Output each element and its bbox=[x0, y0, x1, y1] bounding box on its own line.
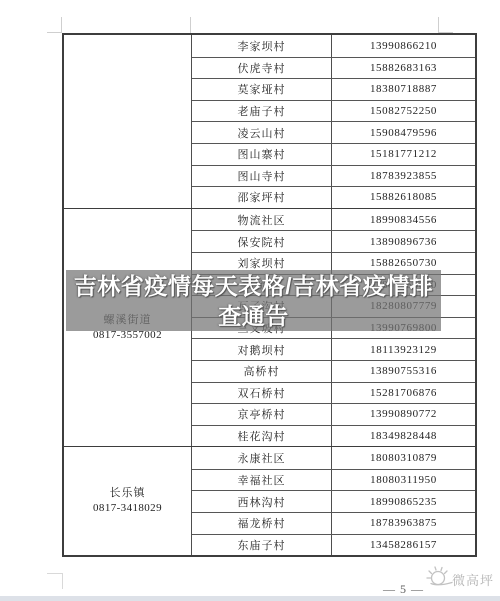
group-name: 长乐镇 bbox=[110, 486, 146, 501]
table-row: 刘家坝村15882650730 bbox=[192, 252, 475, 274]
group-label-cell: 长乐镇0817-3418029 bbox=[64, 447, 192, 555]
phone-cell: 15882618085 bbox=[332, 187, 475, 208]
table-row: 石桥村15881655650 bbox=[192, 274, 475, 296]
unit-cell: 图山寨村 bbox=[192, 144, 332, 165]
phone-cell: 18280807779 bbox=[332, 296, 475, 317]
brand-logo: 微高坪 bbox=[423, 562, 495, 592]
phone-cell: 15881655650 bbox=[332, 275, 475, 296]
unit-cell: 西林沟村 bbox=[192, 491, 332, 512]
unit-cell: 东庙子村 bbox=[192, 535, 332, 556]
table-row: 福龙桥村18783963875 bbox=[192, 512, 475, 534]
table-row: 莫家垭村18380718887 bbox=[192, 78, 475, 100]
group-rows: 李家坝村13990866210伏虎寺村15882683163莫家垭村183807… bbox=[192, 35, 475, 208]
unit-cell: 桂花沟村 bbox=[192, 426, 332, 447]
table-row: 东庙子村13458286157 bbox=[192, 534, 475, 556]
table-row: 京亭桥村13990890772 bbox=[192, 403, 475, 425]
phone-cell: 15082752250 bbox=[332, 101, 475, 122]
unit-cell: 莫家垭村 bbox=[192, 79, 332, 100]
table-row: 凌云山村15908479596 bbox=[192, 121, 475, 143]
table-row: 双石桥村15281706876 bbox=[192, 382, 475, 404]
phone-cell: 13458286157 bbox=[332, 535, 475, 556]
unit-cell: 瓦子沟村 bbox=[192, 296, 332, 317]
table-row: 伏虎寺村15882683163 bbox=[192, 57, 475, 79]
table-group: 螺溪街道0817-3557002物流社区18990834556保安院村13890… bbox=[64, 208, 475, 447]
table-row: 瓦子沟村18280807779 bbox=[192, 295, 475, 317]
phone-cell: 13990890772 bbox=[332, 404, 475, 425]
phone-cell: 15882683163 bbox=[332, 58, 475, 79]
phone-cell: 18349828448 bbox=[332, 426, 475, 447]
group-label-cell: 螺溪街道0817-3557002 bbox=[64, 209, 192, 447]
page-number: — 5 — bbox=[383, 582, 424, 597]
group-rows: 物流社区18990834556保安院村13890896736刘家坝村158826… bbox=[192, 209, 475, 447]
table-group: 长乐镇0817-3418029永康社区18080310879幸福社区180803… bbox=[64, 446, 475, 555]
group-rows: 永康社区18080310879幸福社区18080311950西林沟村189908… bbox=[192, 447, 475, 555]
group-phone: 0817-3557002 bbox=[93, 328, 162, 343]
margin-mark-top-left-vertical bbox=[61, 17, 62, 33]
phone-cell: 18380718887 bbox=[332, 79, 475, 100]
unit-cell: 李家坝村 bbox=[192, 35, 332, 57]
sun-doodle-icon bbox=[423, 562, 453, 592]
unit-cell: 对鹅坝村 bbox=[192, 339, 332, 360]
table-row: 西林沟村18990865235 bbox=[192, 490, 475, 512]
phone-cell: 15908479596 bbox=[332, 122, 475, 143]
margin-mark-column-tick bbox=[190, 17, 191, 33]
unit-cell: 永康社区 bbox=[192, 447, 332, 469]
phone-cell: 13990769800 bbox=[332, 318, 475, 339]
unit-cell: 老庙子村 bbox=[192, 101, 332, 122]
phone-cell: 18080310879 bbox=[332, 447, 475, 469]
unit-cell: 保安院村 bbox=[192, 231, 332, 252]
table-row: 老庙子村15082752250 bbox=[192, 100, 475, 122]
table-row: 邵家坪村15882618085 bbox=[192, 186, 475, 208]
table-row: 物流社区18990834556 bbox=[192, 209, 475, 231]
unit-cell: 京亭桥村 bbox=[192, 404, 332, 425]
phone-cell: 18990834556 bbox=[332, 209, 475, 231]
unit-cell: 物流社区 bbox=[192, 209, 332, 231]
table-row: 李家坝村13990866210 bbox=[192, 35, 475, 57]
contact-table: 李家坝村13990866210伏虎寺村15882683163莫家垭村183807… bbox=[62, 33, 477, 557]
phone-cell: 15281706876 bbox=[332, 383, 475, 404]
table-row: 图山寺村18783923855 bbox=[192, 165, 475, 187]
table-row: 桂花沟村18349828448 bbox=[192, 425, 475, 447]
phone-cell: 15882650730 bbox=[332, 253, 475, 274]
unit-cell: 福龙桥村 bbox=[192, 513, 332, 534]
margin-mark-top-left-horizontal bbox=[47, 32, 62, 33]
margin-mark-bottom-left-vertical bbox=[62, 573, 63, 589]
phone-cell: 18783963875 bbox=[332, 513, 475, 534]
brand-name: 微高坪 bbox=[452, 570, 494, 589]
unit-cell: 图山寺村 bbox=[192, 166, 332, 187]
table-row: 对鹅坝村18113923129 bbox=[192, 338, 475, 360]
table-row: 三叉坡村13990769800 bbox=[192, 317, 475, 339]
unit-cell: 凌云山村 bbox=[192, 122, 332, 143]
table-group: 李家坝村13990866210伏虎寺村15882683163莫家垭村183807… bbox=[64, 35, 475, 208]
table-row: 永康社区18080310879 bbox=[192, 447, 475, 469]
unit-cell: 高桥村 bbox=[192, 361, 332, 382]
group-phone: 0817-3418029 bbox=[93, 501, 162, 516]
viewer-bottom-bar bbox=[0, 596, 500, 601]
table-row: 图山寨村15181771212 bbox=[192, 143, 475, 165]
unit-cell: 石桥村 bbox=[192, 275, 332, 296]
table-row: 幸福社区18080311950 bbox=[192, 469, 475, 491]
margin-mark-top-right-vertical bbox=[438, 17, 439, 33]
table-row: 保安院村13890896736 bbox=[192, 230, 475, 252]
phone-cell: 13890755316 bbox=[332, 361, 475, 382]
unit-cell: 双石桥村 bbox=[192, 383, 332, 404]
table-row: 高桥村13890755316 bbox=[192, 360, 475, 382]
unit-cell: 幸福社区 bbox=[192, 470, 332, 491]
unit-cell: 伏虎寺村 bbox=[192, 58, 332, 79]
group-name: 螺溪街道 bbox=[104, 313, 152, 328]
document-page: 李家坝村13990866210伏虎寺村15882683163莫家垭村183807… bbox=[0, 0, 500, 601]
group-label-cell bbox=[64, 35, 192, 208]
phone-cell: 13990866210 bbox=[332, 35, 475, 57]
phone-cell: 18783923855 bbox=[332, 166, 475, 187]
unit-cell: 三叉坡村 bbox=[192, 318, 332, 339]
phone-cell: 13890896736 bbox=[332, 231, 475, 252]
unit-cell: 邵家坪村 bbox=[192, 187, 332, 208]
phone-cell: 18990865235 bbox=[332, 491, 475, 512]
phone-cell: 18080311950 bbox=[332, 470, 475, 491]
unit-cell: 刘家坝村 bbox=[192, 253, 332, 274]
phone-cell: 18113923129 bbox=[332, 339, 475, 360]
phone-cell: 15181771212 bbox=[332, 144, 475, 165]
margin-mark-bottom-left-horizontal bbox=[47, 573, 63, 574]
